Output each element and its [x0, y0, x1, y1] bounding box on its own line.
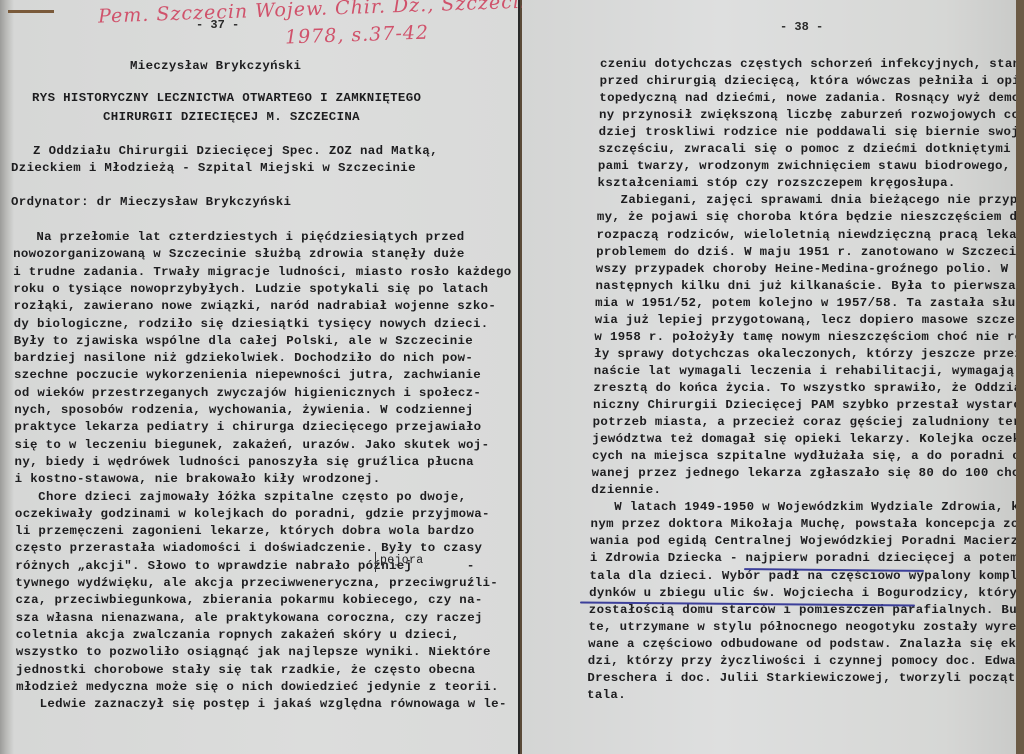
text-line: my, że pojawi się choroba która będzie n… [597, 211, 1024, 223]
text-line: często przerastała wiadomości i doświadc… [15, 542, 482, 554]
text-line: cych na miejsca szpitalne wydłużała się,… [592, 450, 1024, 462]
text-line: dzi, którzy przy życzliwości i czynnej p… [588, 655, 1024, 667]
text-line: naście lat wymagali leczenia i rehabilit… [594, 365, 1024, 377]
right-page: - 38 - czeniu dotychczas częstych schorz… [522, 0, 1020, 754]
text-line: tala dla dzieci. Wybór padł na częściowo… [590, 570, 1024, 582]
text-line: ły sprawy dotychczas okaleczonych, którz… [594, 348, 1024, 360]
text-line: sza własna nienazwana, ale praktykowana … [16, 612, 483, 624]
text-line: coletnia akcja zwalczania ropnych zakaże… [16, 629, 460, 641]
text-line: roku o tysiące nowoprzybyłych. Ludzie sp… [13, 283, 488, 295]
text-line: oczekiwały godzinami w kolejkach do pora… [15, 508, 490, 520]
text-line: i Zdrowia Dziecka - najpierw poradni dzi… [590, 552, 1024, 564]
left-page: - 37 - Mieczysław Brykczyński RYS HISTOR… [0, 0, 520, 754]
page-number-right: - 38 - [780, 20, 823, 34]
title-line-2: CHIRURGII DZIECIĘCEJ M. SZCZECINA [103, 111, 360, 123]
affiliation-line-1: Z Oddziału Chirurgii Dziecięcej Spec. ZO… [33, 145, 438, 157]
text-line: w 1958 r. położyły tamę nowym nieszczęśc… [594, 331, 1024, 343]
text-line: niczny Chirurgii Dziecięcej PAM szybko p… [593, 399, 1024, 411]
text-line: Dreschera i doc. Julii Starkiewiczowej, … [587, 672, 1024, 684]
text-line: praktyce lekarza pediatry i chirurga dzi… [14, 421, 481, 433]
text-line: wia już lepiej przygotowaną, lecz dopier… [595, 314, 1024, 326]
text-line: dziej troskliwi rodzice nie poddawali si… [599, 126, 1024, 138]
text-line: i kostno-stawowa, nie brakowało kiły wro… [15, 473, 381, 485]
text-line: pami twarzy, wrodzonym zwichnięciem staw… [598, 160, 1024, 172]
text-line: problemem do dziś. W maju 1951 r. zanoto… [596, 246, 1024, 258]
text-line: czeniu dotychczas częstych schorzeń infe… [600, 58, 1024, 70]
ordinator-line: Ordynator: dr Mieczysław Brykczyński [11, 196, 291, 208]
text-line: tala. [587, 689, 626, 701]
text-line: li przemęczeni zagonieni lekarze, któryc… [15, 525, 474, 537]
text-line: nym przez doktora Mikołaja Muchę, powsta… [591, 518, 1024, 530]
text-line: rozpaczą rodziców, wieloletnią niewdzięc… [597, 229, 1024, 241]
text-line: ny, biedy i wędrówek ludności panoszyła … [15, 456, 474, 468]
text-line: bardziej nasilone niż gdziekolwiek. Doch… [14, 352, 473, 364]
text-line: szechne poczucie wykorzenienia niepewnoś… [14, 369, 481, 381]
text-line: Chore dzieci zajmowały łóżka szpitalne c… [15, 491, 467, 503]
text-line: dziennie. [591, 484, 661, 496]
text-line: wszystko to pozwoliło osiągnąć jak najle… [16, 646, 491, 658]
text-line: jewództwa też domagał się opieki lekarzy… [592, 433, 1024, 445]
text-line: ny przynosił zwiększoną liczbę zaburzeń … [599, 109, 1024, 121]
margin-annotation-box [375, 552, 376, 572]
text-line: młodzież medyczna może się o nich dowied… [16, 681, 499, 693]
text-line: wanej przez jednego lekarza zgłaszało si… [592, 467, 1024, 479]
text-line: szczęściu, zwracali się o pomoc z dziećm… [598, 143, 1024, 155]
affiliation-line-2: Dzieckiem i Młodzieżą - Szpital Miejski … [11, 162, 416, 174]
text-line: kształceniami stóp czy rozszczepem kręgo… [598, 177, 956, 189]
text-line: W latach 1949-1950 w Wojewódzkim Wydzial… [591, 501, 1024, 513]
text-line: potrzeb miasta, a przecież coraz gęściej… [593, 416, 1024, 428]
text-line: Ledwie zaznaczył się postęp i jakaś wzgl… [16, 698, 507, 710]
text-line: rozłąki, zawierano nowe związki, naród n… [13, 300, 496, 312]
text-line: Na przełomie lat czterdziestych i pięćdz… [13, 231, 465, 243]
text-line: i trudne zadania. Trwały migracje ludnoś… [13, 266, 511, 278]
ink-mark [8, 10, 54, 13]
text-line: przed chirurgią dziecięcą, która wówczas… [600, 75, 1024, 87]
text-line: zresztą do końca życia. To wszystko spra… [593, 382, 1024, 394]
text-line: topedyczną nad dziećmi, nowe zadania. Ro… [599, 92, 1024, 104]
text-line: dy biologiczne, rodziło się dziesiątki t… [14, 318, 489, 330]
text-line: następnych kilku dni już kilkanaście. By… [595, 280, 1024, 292]
text-line: dynków u zbiegu ulic św. Wojciecha i Bog… [589, 587, 1024, 599]
text-line: mia w 1951/52, potem kolejno w 1957/58. … [595, 297, 1024, 309]
text-line: tywnego wydźwięku, ale akcja przeciwwene… [15, 577, 498, 589]
text-line: Zabiegani, zajęci sprawami dnia bieżąceg… [597, 194, 1024, 206]
text-line: Były to zjawiska wspólne dla całej Polsk… [14, 335, 473, 347]
text-line: wane a częściowo odbudowane od podstaw. … [588, 638, 1024, 650]
title-line-1: RYS HISTORYCZNY LECZNICTWA OTWARTEGO I Z… [32, 92, 421, 104]
text-line: cza, przeciwbiegunkowa, zbierania pokarm… [16, 594, 483, 606]
text-line: wania pod egidą Centralnej Wojewódzkiej … [590, 535, 1024, 547]
text-line: wszy przypadek choroby Heine-Medina-groź… [596, 263, 1024, 275]
text-line: nowozorganizowaną w Szczecinie służbą zd… [13, 248, 465, 260]
text-line: się to w leczeniu biegunek, zakażeń, ura… [14, 439, 489, 451]
text-line: te, utrzymane w stylu północnego neogoty… [588, 621, 1024, 633]
author-name: Mieczysław Brykczyński [130, 60, 301, 72]
text-line: jednostki chorobowe stały się tak rzadki… [16, 664, 475, 676]
text-line: nych, sposobów rodzenia, wychowania, żyw… [14, 404, 473, 416]
text-line: od wieków przestrzeganych zwyczajów higi… [14, 387, 481, 399]
margin-annotation: pejora [380, 555, 424, 567]
binding-edge [1016, 0, 1024, 754]
